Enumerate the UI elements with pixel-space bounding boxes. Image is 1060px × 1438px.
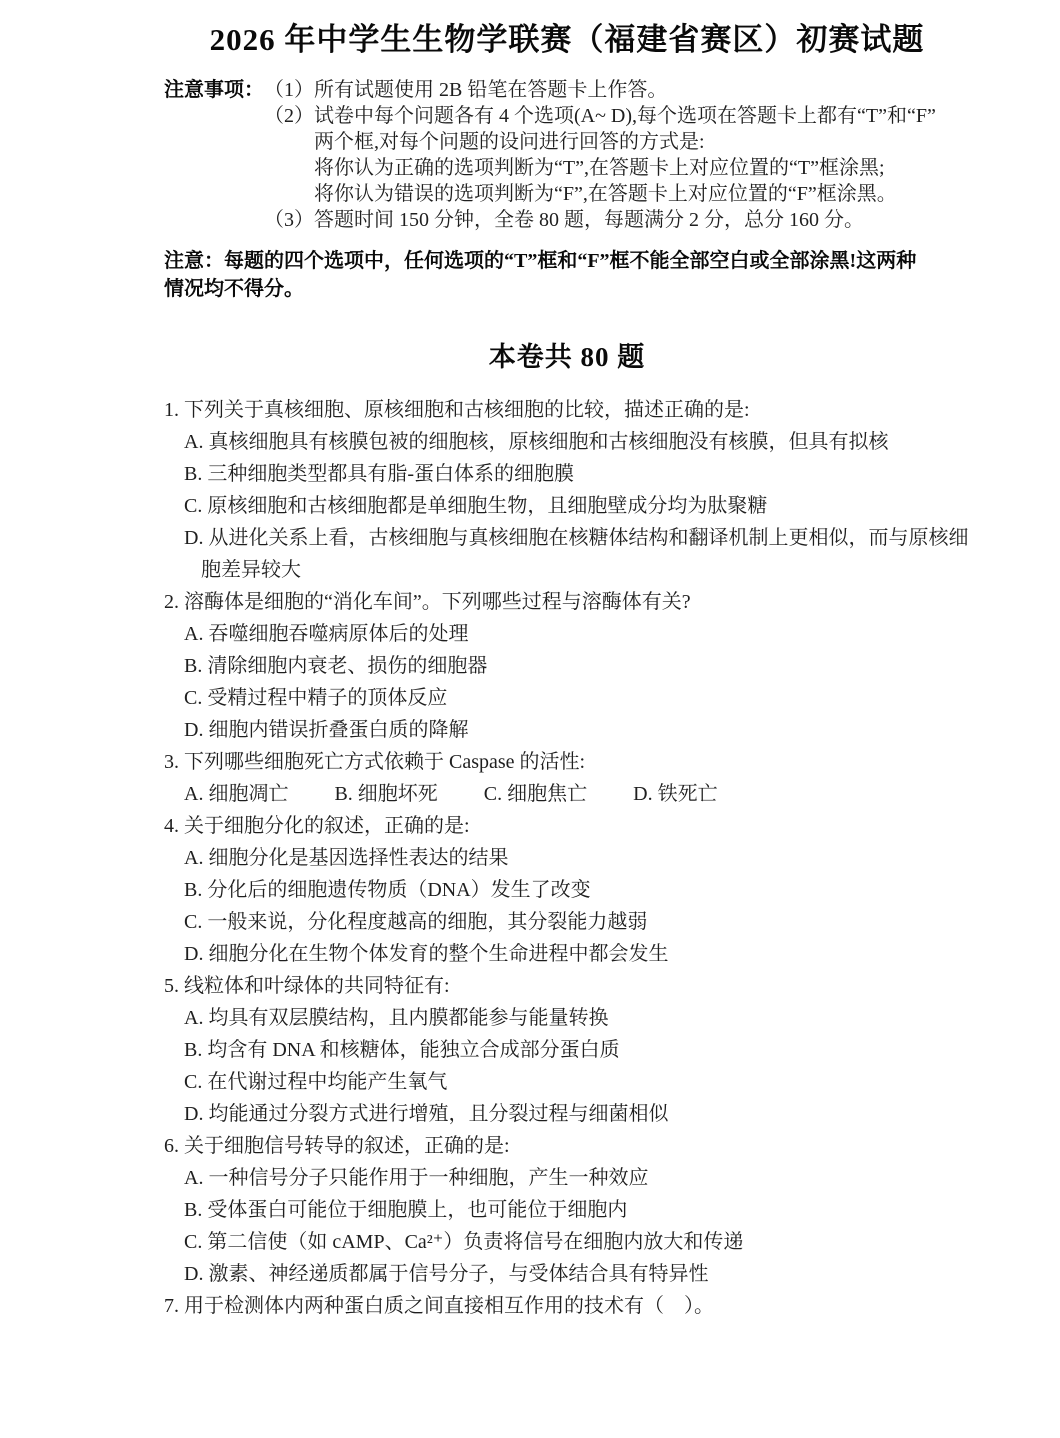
question-5-option-a: A. 均具有双层膜结构，且内膜都能参与能量转换 — [184, 1002, 970, 1034]
section-title: 本卷共 80 题 — [164, 335, 970, 374]
question-7-stem: 7. 用于检测体内两种蛋白质之间直接相互作用的技术有（ ）。 — [164, 1290, 970, 1322]
question-5-stem: 5. 线粒体和叶绿体的共同特征有: — [164, 970, 970, 1002]
question-3: 3. 下列哪些细胞死亡方式依赖于 Caspase 的活性: A. 细胞凋亡 B.… — [164, 746, 970, 810]
notice-section: 注意事项： （1） 所有试题使用 2B 铅笔在答题卡上作答。 （2） 试卷中每个… — [164, 77, 970, 233]
question-list: 1. 下列关于真核细胞、原核细胞和古核细胞的比较，描述正确的是: A. 真核细胞… — [164, 394, 970, 1322]
question-6-option-a: A. 一种信号分子只能作用于一种细胞，产生一种效应 — [184, 1162, 970, 1194]
notice-item-2: （2） 试卷中每个问题各有 4 个选项(A~ D),每个选项在答题卡上都有“T”… — [264, 103, 970, 207]
question-6: 6. 关于细胞信号转导的叙述，正确的是: A. 一种信号分子只能作用于一种细胞，… — [164, 1130, 970, 1290]
notice-item-3-number: （3） — [264, 207, 314, 233]
question-3-option-c: C. 细胞焦亡 — [484, 778, 587, 810]
warning-note: 注意：每题的四个选项中，任何选项的“T”框和“F”框不能全部空白或全部涂黑!这两… — [164, 247, 970, 303]
question-1-stem: 1. 下列关于真核细胞、原核细胞和古核细胞的比较，描述正确的是: — [164, 394, 970, 426]
question-2-option-c: C. 受精过程中精子的顶体反应 — [184, 682, 970, 714]
question-3-option-a: A. 细胞凋亡 — [184, 778, 288, 810]
question-5-option-d: D. 均能通过分裂方式进行增殖，且分裂过程与细菌相似 — [184, 1098, 970, 1130]
question-4-option-b: B. 分化后的细胞遗传物质（DNA）发生了改变 — [184, 874, 970, 906]
question-1-option-d: D. 从进化关系上看，古核细胞与真核细胞在核糖体结构和翻译机制上更相似，而与原核… — [184, 522, 970, 586]
question-4: 4. 关于细胞分化的叙述，正确的是: A. 细胞分化是基因选择性表达的结果 B.… — [164, 810, 970, 970]
notice-item-1-text: 所有试题使用 2B 铅笔在答题卡上作答。 — [314, 77, 970, 103]
warning-line-1: 注意：每题的四个选项中，任何选项的“T”框和“F”框不能全部空白或全部涂黑!这两… — [164, 247, 970, 275]
page-title: 2026 年中学生生物学联赛（福建省赛区）初赛试题 — [164, 14, 970, 59]
question-3-options-row: A. 细胞凋亡 B. 细胞坏死 C. 细胞焦亡 D. 铁死亡 — [184, 778, 970, 810]
question-4-option-a: A. 细胞分化是基因选择性表达的结果 — [184, 842, 970, 874]
question-3-stem: 3. 下列哪些细胞死亡方式依赖于 Caspase 的活性: — [164, 746, 970, 778]
question-1-option-b: B. 三种细胞类型都具有脂-蛋白体系的细胞膜 — [184, 458, 970, 490]
notice-item-2-line-2: 两个框,对每个问题的设问进行回答的方式是: — [314, 129, 970, 155]
question-3-option-d: D. 铁死亡 — [633, 778, 717, 810]
question-4-option-d: D. 细胞分化在生物个体发育的整个生命进程中都会发生 — [184, 938, 970, 970]
question-6-stem: 6. 关于细胞信号转导的叙述，正确的是: — [164, 1130, 970, 1162]
question-2-option-d: D. 细胞内错误折叠蛋白质的降解 — [184, 714, 970, 746]
notice-item-1: （1） 所有试题使用 2B 铅笔在答题卡上作答。 — [264, 77, 970, 103]
question-1-option-c: C. 原核细胞和古核细胞都是单细胞生物，且细胞壁成分均为肽聚糖 — [184, 490, 970, 522]
question-1: 1. 下列关于真核细胞、原核细胞和古核细胞的比较，描述正确的是: A. 真核细胞… — [164, 394, 970, 586]
question-5-option-c: C. 在代谢过程中均能产生氧气 — [184, 1066, 970, 1098]
question-2-option-b: B. 清除细胞内衰老、损伤的细胞器 — [184, 650, 970, 682]
question-6-option-b: B. 受体蛋白可能位于细胞膜上，也可能位于细胞内 — [184, 1194, 970, 1226]
question-4-option-c: C. 一般来说，分化程度越高的细胞，其分裂能力越弱 — [184, 906, 970, 938]
exam-paper: 2026 年中学生生物学联赛（福建省赛区）初赛试题 注意事项： （1） 所有试题… — [164, 14, 970, 1322]
notice-label: 注意事项： — [164, 77, 264, 103]
question-2-option-a: A. 吞噬细胞吞噬病原体后的处理 — [184, 618, 970, 650]
question-6-option-c: C. 第二信使（如 cAMP、Ca²⁺）负责将信号在细胞内放大和传递 — [184, 1226, 970, 1258]
notice-item-2-number: （2） — [264, 103, 314, 207]
question-3-option-b: B. 细胞坏死 — [334, 778, 437, 810]
notice-item-3: （3） 答题时间 150 分钟，全卷 80 题，每题满分 2 分，总分 160 … — [264, 207, 970, 233]
question-5-option-b: B. 均含有 DNA 和核糖体，能独立合成部分蛋白质 — [184, 1034, 970, 1066]
question-6-option-d: D. 激素、神经递质都属于信号分子，与受体结合具有特异性 — [184, 1258, 970, 1290]
notice-item-2-line-3: 将你认为正确的选项判断为“T”,在答题卡上对应位置的“T”框涂黑; — [314, 155, 970, 181]
question-2: 2. 溶酶体是细胞的“消化车间”。下列哪些过程与溶酶体有关? A. 吞噬细胞吞噬… — [164, 586, 970, 746]
question-7: 7. 用于检测体内两种蛋白质之间直接相互作用的技术有（ ）。 — [164, 1290, 970, 1322]
notice-item-2-line-4: 将你认为错误的选项判断为“F”,在答题卡上对应位置的“F”框涂黑。 — [314, 181, 970, 207]
notice-item-2-line-1: 试卷中每个问题各有 4 个选项(A~ D),每个选项在答题卡上都有“T”和“F” — [314, 103, 970, 129]
question-2-stem: 2. 溶酶体是细胞的“消化车间”。下列哪些过程与溶酶体有关? — [164, 586, 970, 618]
question-1-option-a: A. 真核细胞具有核膜包被的细胞核，原核细胞和古核细胞没有核膜，但具有拟核 — [184, 426, 970, 458]
question-5: 5. 线粒体和叶绿体的共同特征有: A. 均具有双层膜结构，且内膜都能参与能量转… — [164, 970, 970, 1130]
notice-item-3-text: 答题时间 150 分钟，全卷 80 题，每题满分 2 分，总分 160 分。 — [314, 207, 970, 233]
warning-line-2: 情况均不得分。 — [164, 275, 970, 303]
notice-item-1-number: （1） — [264, 77, 314, 103]
question-4-stem: 4. 关于细胞分化的叙述，正确的是: — [164, 810, 970, 842]
